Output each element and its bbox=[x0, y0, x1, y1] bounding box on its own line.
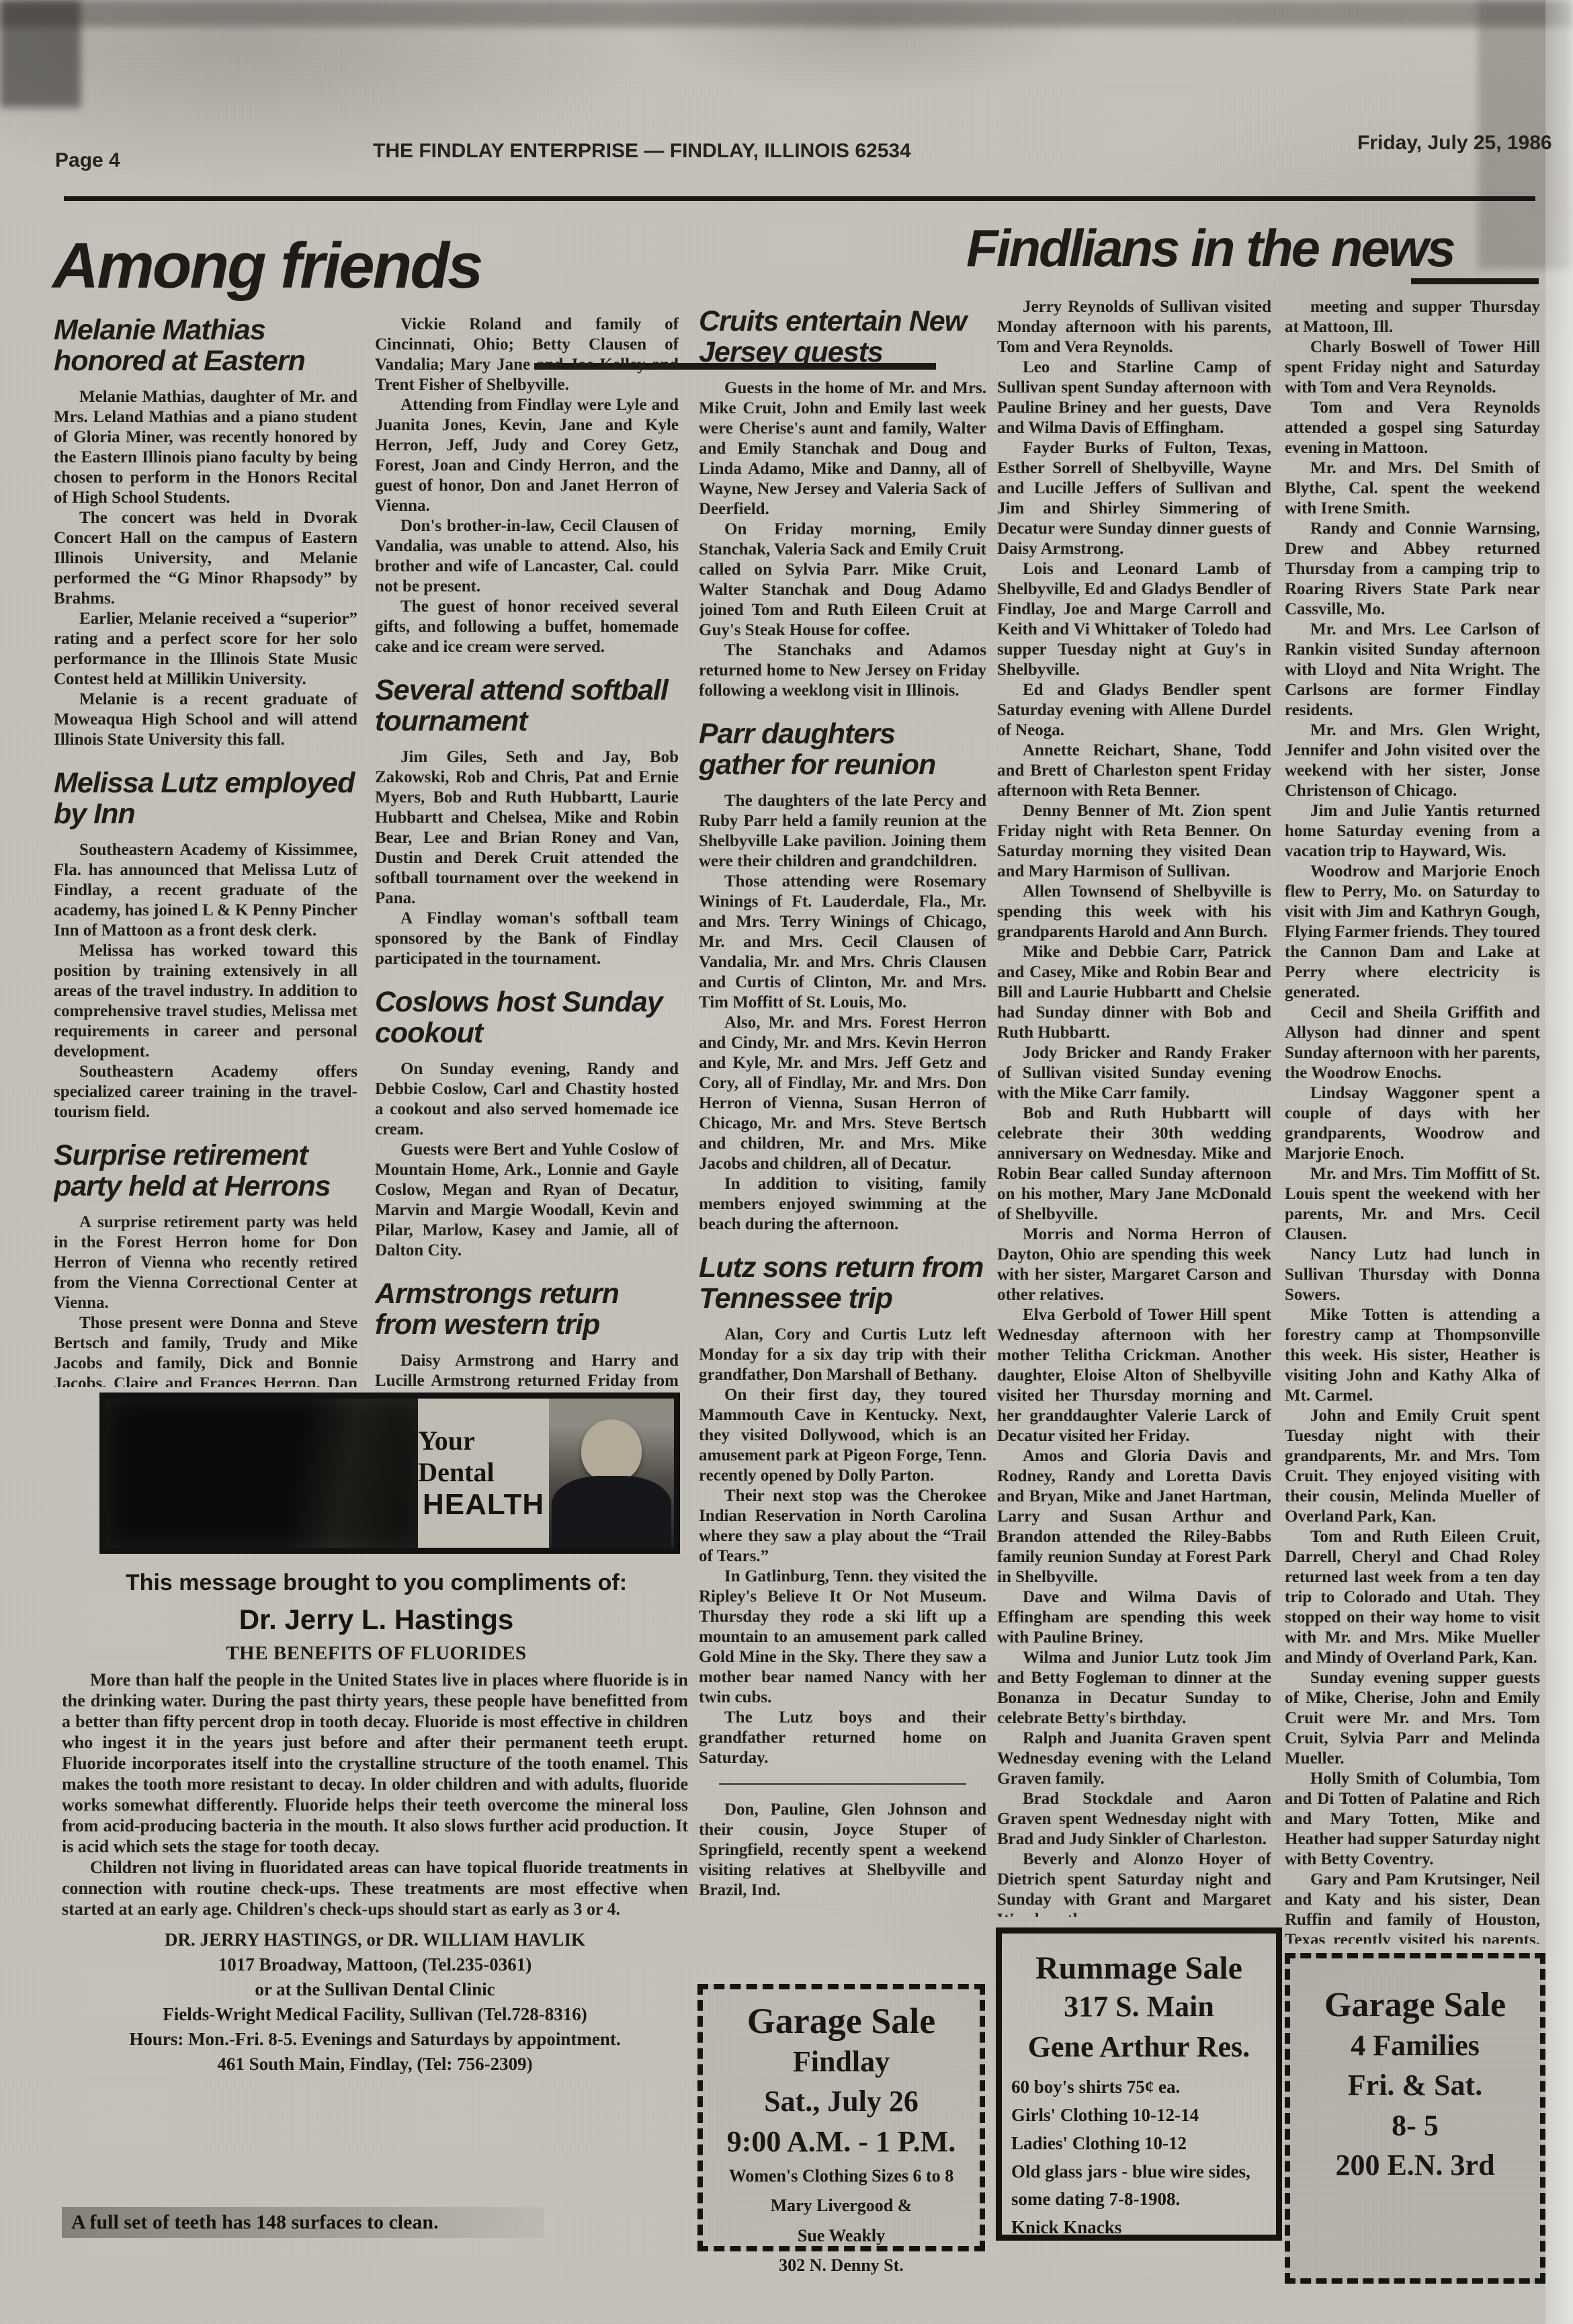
story-headline: Several attend softball tournament bbox=[375, 675, 679, 737]
news-paragraph: Gary and Pam Krutsinger, Neil and Katy a… bbox=[1285, 1870, 1540, 1944]
news-paragraph: Wilma and Junior Lutz took Jim and Betty… bbox=[997, 1648, 1271, 1729]
dental-ad-body: More than half the people in the United … bbox=[62, 1669, 688, 1919]
rummage-sale-big-lines: 317 S. MainGene Arthur Res. bbox=[1011, 1987, 1267, 2067]
dental-ad-footer: A full set of teeth has 148 surfaces to … bbox=[62, 2207, 544, 2238]
ad-line: 4 Families bbox=[1294, 2026, 1536, 2065]
news-paragraph: Sunday evening supper guests of Mike, Ch… bbox=[1285, 1668, 1540, 1769]
news-paragraph: Those attending were Rosemary Winings of… bbox=[699, 872, 986, 1013]
ad-line: Fri. & Sat. bbox=[1294, 2065, 1536, 2105]
news-paragraph: Annette Reichart, Shane, Todd and Brett … bbox=[997, 741, 1271, 801]
dental-ad-benefits-title: THE BENEFITS OF FLUORIDES bbox=[74, 1643, 679, 1665]
rummage-sale-detail-lines: 60 boy's shirts 75¢ ea.Girls' Clothing 1… bbox=[1011, 2073, 1267, 2242]
ad-line: 317 S. Main bbox=[1011, 1987, 1267, 2026]
garage-sale-findlay-ad: Garage Sale FindlaySat., July 269:00 A.M… bbox=[697, 1984, 985, 2251]
news-paragraph: Fayder Burks of Fulton, Texas, Esther So… bbox=[997, 438, 1271, 559]
ad-line: Gene Arthur Res. bbox=[1011, 2027, 1267, 2067]
news-column-2: Vickie Roland and family of Cincinnati, … bbox=[375, 315, 679, 1390]
dental-ad-compliments-line: This message brought to you compliments … bbox=[74, 1570, 679, 1596]
news-paragraph: Mr. and Mrs. Lee Carlson of Rankin visit… bbox=[1285, 620, 1540, 720]
news-paragraph: meeting and supper Thursday at Mattoon, … bbox=[1285, 297, 1540, 337]
news-paragraph: Earlier, Melanie received a “superior” r… bbox=[54, 609, 357, 690]
ad-line: Girls' Clothing 10-12-14 bbox=[1011, 2102, 1267, 2130]
news-paragraph: Mike and Debbie Carr, Patrick and Casey,… bbox=[997, 942, 1271, 1043]
garage-sale-4families-title: Garage Sale bbox=[1294, 1985, 1536, 2026]
portrait-suit-shape bbox=[552, 1476, 672, 1548]
dental-ad-doctor-name: Dr. Jerry L. Hastings bbox=[74, 1604, 679, 1636]
news-paragraph: Don, Pauline, Glen Johnson and their cou… bbox=[699, 1800, 986, 1901]
dental-ad-contact-line: 1017 Broadway, Mattoon, (Tel.235-0361) bbox=[62, 1952, 688, 1977]
story-headline: Cruits entertain New Jersey guests bbox=[699, 306, 986, 368]
news-paragraph: Mr. and Mrs. Glen Wright, Jennifer and J… bbox=[1285, 720, 1540, 801]
news-paragraph: Morris and Norma Herron of Dayton, Ohio … bbox=[997, 1225, 1271, 1305]
garage-sale-4families-lines: 4 FamiliesFri. & Sat.8- 5200 E.N. 3rd bbox=[1294, 2026, 1536, 2186]
news-paragraph: In Gatlinburg, Tenn. they visited the Ri… bbox=[699, 1567, 986, 1708]
news-paragraph: Attending from Findlay were Lyle and Jua… bbox=[375, 395, 679, 516]
ad-line: 9:00 A.M. - 1 P.M. bbox=[707, 2122, 976, 2161]
news-paragraph: Those present were Donna and Steve Berts… bbox=[54, 1313, 357, 1387]
news-paragraph: Woodrow and Marjorie Enoch flew to Perry… bbox=[1285, 862, 1540, 1003]
news-paragraph: Brad Stockdale and Aaron Graven spent We… bbox=[997, 1789, 1271, 1850]
news-paragraph: Randy and Connie Warnsing, Drew and Abbe… bbox=[1285, 519, 1540, 620]
dental-ad-paragraph: More than half the people in the United … bbox=[62, 1669, 688, 1857]
news-column-1: Melanie Mathias honored at EasternMelani… bbox=[54, 315, 357, 1387]
story-headline: Coslows host Sunday cookout bbox=[375, 987, 679, 1048]
scan-smudge-top bbox=[0, 0, 1573, 27]
news-paragraph: Guests in the home of Mr. and Mrs. Mike … bbox=[699, 378, 986, 520]
news-paragraph: Jerry Reynolds of Sullivan visited Monda… bbox=[997, 297, 1271, 358]
newspaper-scan: { "header": { "page_number": "Page 4", "… bbox=[0, 0, 1573, 2324]
rummage-sale-title: Rummage Sale bbox=[1011, 1950, 1267, 1987]
news-paragraph: On Sunday evening, Randy and Debbie Cosl… bbox=[375, 1059, 679, 1140]
section-title-findlians: Findlians in the news bbox=[966, 222, 1454, 274]
news-paragraph: Tom and Ruth Eileen Cruit, Darrell, Cher… bbox=[1285, 1527, 1540, 1668]
news-paragraph: Mike Totten is attending a forestry camp… bbox=[1285, 1305, 1540, 1406]
masthead: THE FINDLAY ENTERPRISE — FINDLAY, ILLINO… bbox=[373, 140, 911, 163]
paragraph-divider bbox=[719, 1783, 966, 1785]
news-paragraph: Melanie Mathias, daughter of Mr. and Mrs… bbox=[54, 387, 357, 508]
scan-edge-right bbox=[1545, 0, 1573, 2324]
news-paragraph: Guests were Bert and Yuhle Coslow of Mou… bbox=[375, 1140, 679, 1261]
news-paragraph: Nancy Lutz had lunch in Sullivan Thursda… bbox=[1285, 1245, 1540, 1305]
ad-line: 8- 5 bbox=[1294, 2106, 1536, 2145]
garage-sale-4families-ad: Garage Sale 4 FamiliesFri. & Sat.8- 5200… bbox=[1285, 1953, 1545, 2284]
news-paragraph: Beverly and Alonzo Hoyer of Dietrich spe… bbox=[997, 1850, 1271, 1917]
news-paragraph: Bob and Ruth Hubbartt will celebrate the… bbox=[997, 1104, 1271, 1225]
news-paragraph: Denny Benner of Mt. Zion spent Friday ni… bbox=[997, 801, 1271, 882]
ad-line: 302 N. Denny St. bbox=[707, 2251, 976, 2280]
dental-ad-contact-line: DR. JERRY HASTINGS, or DR. WILLIAM HAVLI… bbox=[62, 1927, 688, 1952]
news-paragraph: A surprise retirement party was held in … bbox=[54, 1212, 357, 1313]
story-headline: Surprise retirement party held at Herron… bbox=[54, 1140, 357, 1202]
story-headline: Armstrongs return from western trip bbox=[375, 1278, 679, 1340]
ad-line: Women's Clothing Sizes 6 to 8 bbox=[707, 2161, 976, 2191]
news-paragraph: The Stanchaks and Adamos returned home t… bbox=[699, 640, 986, 701]
news-paragraph: Jody Bricker and Randy Fraker of Sulliva… bbox=[997, 1043, 1271, 1104]
dental-ad-title-line1: Your Dental bbox=[418, 1425, 549, 1488]
news-paragraph: Dave and Wilma Davis of Effingham are sp… bbox=[997, 1587, 1271, 1648]
header-rule bbox=[64, 196, 1535, 201]
news-paragraph: Ed and Gladys Bendler spent Saturday eve… bbox=[997, 680, 1271, 741]
dental-ad-contact-line: or at the Sullivan Dental Clinic bbox=[62, 1977, 688, 2002]
news-paragraph: Southeastern Academy offers specialized … bbox=[54, 1062, 357, 1122]
story-headline: Parr daughters gather for reunion bbox=[699, 718, 986, 780]
dental-ad-dark-photo bbox=[105, 1399, 418, 1548]
news-paragraph: Also, Mr. and Mrs. Forest Herron and Cin… bbox=[699, 1013, 986, 1174]
news-column-5: meeting and supper Thursday at Mattoon, … bbox=[1285, 297, 1540, 1944]
story-headline: Lutz sons return from Tennessee trip bbox=[699, 1252, 986, 1314]
news-paragraph: A Findlay woman's softball team sponsore… bbox=[375, 909, 679, 969]
news-paragraph: Lindsay Waggoner spent a couple of days … bbox=[1285, 1083, 1540, 1164]
portrait-face-shape bbox=[581, 1419, 641, 1482]
dental-ad-photo-box: Your Dental HEALTH bbox=[99, 1393, 680, 1554]
dental-ad-contact-line: Fields-Wright Medical Facility, Sullivan… bbox=[62, 2002, 688, 2027]
news-column-3: Cruits entertain New Jersey guestsGuests… bbox=[699, 306, 986, 1939]
dental-ad-contacts: DR. JERRY HASTINGS, or DR. WILLIAM HAVLI… bbox=[62, 1927, 688, 2077]
news-paragraph: The Lutz boys and their grandfather retu… bbox=[699, 1708, 986, 1768]
news-paragraph: Don's brother-in-law, Cecil Clausen of V… bbox=[375, 516, 679, 597]
news-paragraph: On their first day, they toured Mammouth… bbox=[699, 1385, 986, 1486]
dental-ad-title: Your Dental HEALTH bbox=[418, 1399, 549, 1548]
news-column-4: Jerry Reynolds of Sullivan visited Monda… bbox=[997, 297, 1271, 1917]
garage-sale-findlay-small-lines: Women's Clothing Sizes 6 to 8Mary Liverg… bbox=[707, 2161, 976, 2280]
news-paragraph: John and Emily Cruit spent Tuesday night… bbox=[1285, 1406, 1540, 1527]
ad-line: 60 boy's shirts 75¢ ea. bbox=[1011, 2073, 1267, 2102]
page-number: Page 4 bbox=[55, 149, 120, 172]
news-paragraph: Lois and Leonard Lamb of Shelbyville, Ed… bbox=[997, 559, 1271, 680]
news-paragraph: Holly Smith of Columbia, Tom and Di Tott… bbox=[1285, 1769, 1540, 1870]
news-paragraph: Charly Boswell of Tower Hill spent Frida… bbox=[1285, 337, 1540, 398]
news-paragraph: Melissa has worked toward this position … bbox=[54, 941, 357, 1062]
news-paragraph: Southeastern Academy of Kissimmee, Fla. … bbox=[54, 840, 357, 941]
news-paragraph: Leo and Starline Camp of Sullivan spent … bbox=[997, 358, 1271, 438]
news-paragraph: On Friday morning, Emily Stanchak, Valer… bbox=[699, 520, 986, 640]
ad-line: Knick Knacks bbox=[1011, 2214, 1267, 2242]
news-paragraph: Jim Giles, Seth and Jay, Bob Zakowski, R… bbox=[375, 747, 679, 909]
story-headline: Melanie Mathias honored at Eastern bbox=[54, 315, 357, 376]
ad-line: 200 E.N. 3rd bbox=[1294, 2145, 1536, 2185]
dental-ad-paragraph: Children not living in fluoridated areas… bbox=[62, 1857, 688, 1919]
section-title-among-friends: Among friends bbox=[52, 234, 481, 298]
story-headline: Melissa Lutz employed by Inn bbox=[54, 767, 357, 829]
news-paragraph: Vickie Roland and family of Cincinnati, … bbox=[375, 315, 679, 395]
news-paragraph: Amos and Gloria Davis and Rodney, Randy … bbox=[997, 1446, 1271, 1587]
ad-line: Findlay bbox=[707, 2042, 976, 2081]
news-paragraph: Daisy Armstrong and Harry and Lucille Ar… bbox=[375, 1351, 679, 1390]
news-paragraph: Melanie is a recent graduate of Moweaqua… bbox=[54, 690, 357, 750]
news-paragraph: Tom and Vera Reynolds attended a gospel … bbox=[1285, 398, 1540, 458]
news-paragraph: Mr. and Mrs. Del Smith of Blythe, Cal. s… bbox=[1285, 458, 1540, 519]
garage-sale-findlay-big-lines: FindlaySat., July 269:00 A.M. - 1 P.M. bbox=[707, 2042, 976, 2161]
news-paragraph: Elva Gerbold of Tower Hill spent Wednesd… bbox=[997, 1305, 1271, 1446]
news-paragraph: Ralph and Juanita Graven spent Wednesday… bbox=[997, 1729, 1271, 1789]
ad-line: Mary Livergood & bbox=[707, 2191, 976, 2221]
news-paragraph: Alan, Cory and Curtis Lutz left Monday f… bbox=[699, 1325, 986, 1385]
news-paragraph: Their next stop was the Cherokee Indian … bbox=[699, 1486, 986, 1567]
garage-sale-findlay-title: Garage Sale bbox=[707, 2000, 976, 2042]
news-paragraph: The concert was held in Dvorak Concert H… bbox=[54, 508, 357, 609]
rummage-sale-ad: Rummage Sale 317 S. MainGene Arthur Res.… bbox=[996, 1927, 1282, 2241]
news-paragraph: The guest of honor received several gift… bbox=[375, 597, 679, 657]
news-paragraph: Allen Townsend of Shelbyville is spendin… bbox=[997, 882, 1271, 942]
ad-line: Old glass jars - blue wire sides, some d… bbox=[1011, 2158, 1267, 2214]
news-paragraph: Jim and Julie Yantis returned home Satur… bbox=[1285, 801, 1540, 862]
news-paragraph: Cecil and Sheila Griffith and Allyson ha… bbox=[1285, 1003, 1540, 1083]
scan-smudge-corner bbox=[0, 0, 81, 108]
news-paragraph: The daughters of the late Percy and Ruby… bbox=[699, 791, 986, 872]
dental-ad-title-line2: HEALTH bbox=[423, 1488, 544, 1522]
news-paragraph: Mr. and Mrs. Tim Moffitt of St. Louis sp… bbox=[1285, 1164, 1540, 1245]
ad-line: Sue Weakly bbox=[707, 2221, 976, 2251]
news-paragraph: In addition to visiting, family members … bbox=[699, 1174, 986, 1235]
findlians-rule bbox=[1411, 278, 1539, 284]
header-date: Friday, July 25, 1986 bbox=[1357, 132, 1552, 155]
ad-line: Ladies' Clothing 10-12 bbox=[1011, 2130, 1267, 2158]
dental-ad-contact-line: 461 South Main, Findlay, (Tel: 756-2309) bbox=[62, 2052, 688, 2077]
dental-ad-contact-line: Hours: Mon.-Fri. 8-5. Evenings and Satur… bbox=[62, 2027, 688, 2052]
dentist-portrait-photo bbox=[549, 1399, 674, 1548]
ad-line: Sat., July 26 bbox=[707, 2081, 976, 2121]
